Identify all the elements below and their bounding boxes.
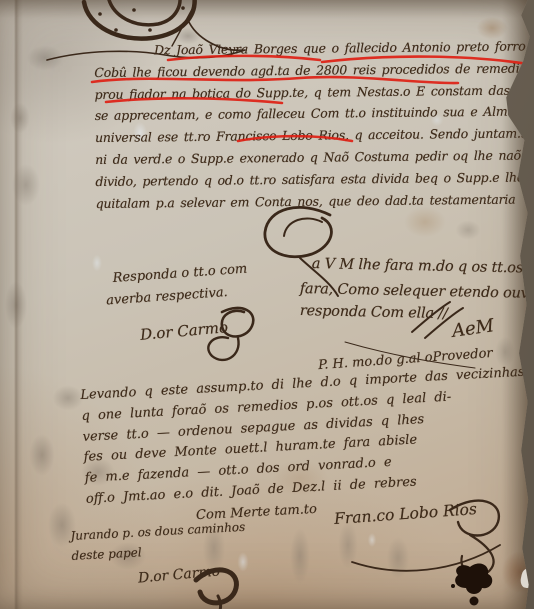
torn-paper-patch bbox=[519, 568, 534, 589]
ink-blot-main bbox=[455, 563, 492, 594]
decree-rubric: AeM bbox=[451, 315, 496, 342]
opening-paragraph: Dz Joaõ Vieyra Borges que o fallecido An… bbox=[94, 35, 534, 215]
decree-line: a V M lhe fara m.do q os tt.os satis= bbox=[312, 256, 534, 277]
closing-signature: Fran.co Lobo Rios bbox=[334, 500, 478, 528]
flourish-stroke bbox=[284, 218, 322, 236]
manuscript-page: Dz Joaõ Vieyra Borges que o fallecido An… bbox=[0, 0, 534, 609]
ink-blot-drop bbox=[470, 597, 479, 606]
flourish-stroke bbox=[84, 0, 195, 39]
manuscript-photograph: Dz Joaõ Vieyra Borges que o fallecido An… bbox=[0, 0, 534, 609]
ink-blot bbox=[451, 563, 492, 605]
ink-blot-drop bbox=[451, 584, 455, 588]
flourish-stroke bbox=[108, 0, 180, 25]
flourish-dots bbox=[98, 6, 185, 40]
flourish-stroke bbox=[461, 535, 493, 575]
manuscript-line: quitalam p.a selevar em Conta nos, que d… bbox=[96, 187, 534, 214]
decree-line: responda Com ella // bbox=[300, 303, 448, 322]
flourish-stroke bbox=[204, 596, 221, 609]
margin-signature: D.or Carmo bbox=[139, 318, 228, 344]
decree-line: fara, Como selequer etendo ouvida bbox=[300, 281, 534, 302]
margin-note: Responda o tt.o com averba respectiva. bbox=[112, 259, 250, 312]
oath-signature: D.or Carmo bbox=[137, 563, 220, 586]
flourish-stroke bbox=[265, 207, 332, 256]
flourish-stroke bbox=[352, 545, 500, 571]
provision-paragraph: Levando q este assump.to di lhe d.o q im… bbox=[80, 363, 531, 511]
flourish-stroke bbox=[208, 337, 238, 360]
oath-note: Jurando p. os dous caminhos deste papel bbox=[70, 517, 247, 566]
